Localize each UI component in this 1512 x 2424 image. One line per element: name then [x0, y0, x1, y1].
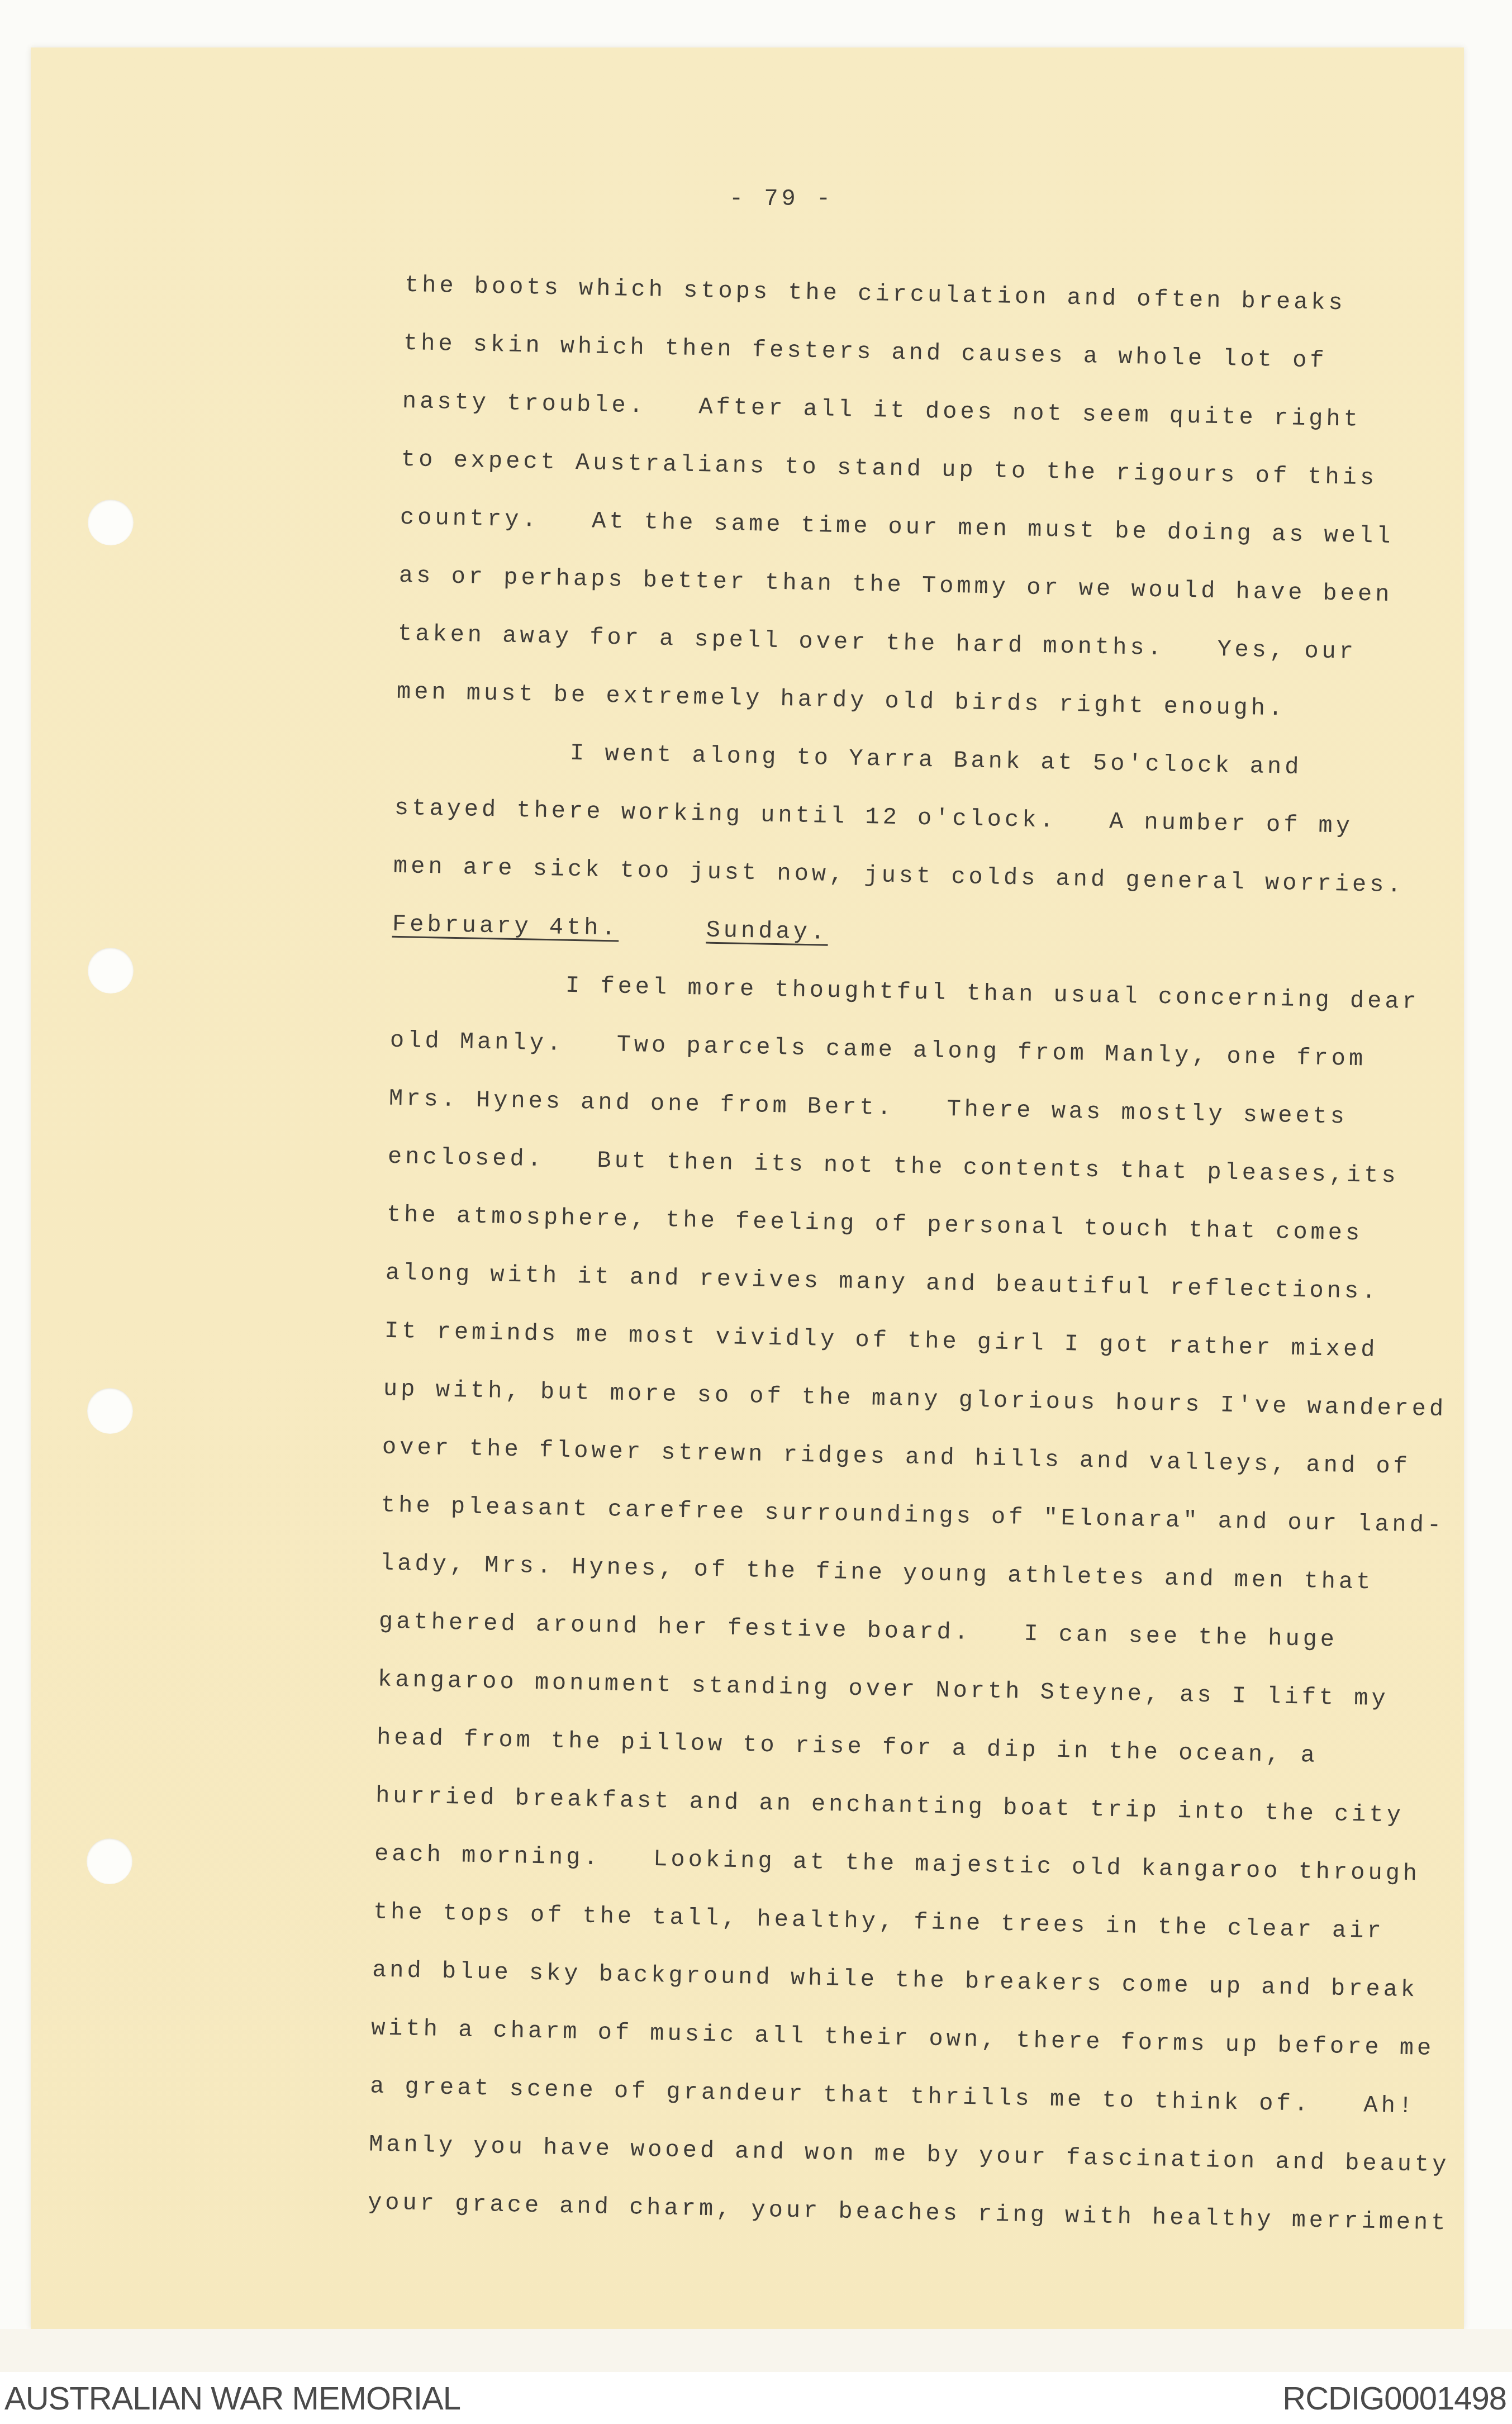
text-segment: along with it and revives many and beaut…: [386, 1259, 1380, 1305]
text-segment: taken away for a spell over the hard mon…: [398, 620, 1357, 666]
text-segment: each morning. Looking at the majestic ol…: [374, 1840, 1421, 1887]
document-id: RCDIG0001498: [1282, 2372, 1506, 2424]
page-bottom-margin: [0, 2329, 1512, 2372]
scanned-document-page: - 79 - the boots which stops the circula…: [0, 0, 1512, 2424]
underlined-text: Sunday.: [706, 917, 828, 946]
text-segment: enclosed. But then its not the contents …: [388, 1143, 1399, 1190]
underlined-text: February 4th.: [392, 911, 620, 942]
typewritten-text: the boots which stops the circulation an…: [367, 256, 1486, 2252]
text-segment: the atmosphere, the feeling of personal …: [387, 1201, 1363, 1247]
diary-page: - 79 - the boots which stops the circula…: [31, 47, 1464, 2329]
text-segment: a great scene of grandeur that thrills m…: [370, 2073, 1416, 2119]
text-segment: up with, but more so of the many gloriou…: [383, 1376, 1447, 1423]
text-segment: I feel more thoughtful than usual concer…: [391, 969, 1420, 1015]
text-segment: [619, 915, 706, 944]
text-segment: as or perhaps better than the Tommy or w…: [399, 562, 1393, 608]
text-segment: hurried breakfast and an enchanting boat…: [375, 1782, 1405, 1828]
text-segment: gathered around her festive board. I can…: [379, 1608, 1338, 1653]
text-segment: head from the pillow to rise for a dip i…: [377, 1724, 1319, 1769]
text-segment: to expect Australians to stand up to the…: [401, 446, 1378, 492]
hole-punch: [87, 1838, 132, 1884]
hole-punch: [88, 948, 134, 994]
memorial-label: AUSTRALIAN WAR MEMORIAL: [4, 2372, 460, 2424]
text-segment: nasty trouble. After all it does not see…: [402, 388, 1362, 433]
text-segment: stayed there working until 12 o'clock. A…: [394, 795, 1354, 840]
footer-bar: AUSTRALIAN WAR MEMORIAL RCDIG0001498: [0, 2372, 1512, 2424]
text-segment: I went along to Yarra Bank at 5o'clock a…: [396, 736, 1302, 781]
text-segment: old Manly. Two parcels came along from M…: [390, 1027, 1367, 1073]
text-segment: the pleasant carefree surroundings of "E…: [381, 1492, 1445, 1539]
text-segment: country. At the same time our men must b…: [400, 504, 1394, 550]
text-segment: your grace and charm, your beaches ring …: [368, 2189, 1449, 2236]
text-segment: the skin which then festers and causes a…: [403, 330, 1328, 374]
text-segment: men must be extremely hardy old birds ri…: [397, 678, 1286, 723]
text-segment: with a charm of music all their own, the…: [371, 2014, 1435, 2062]
text-segment: over the flower strewn ridges and hills …: [382, 1434, 1411, 1480]
text-segment: and blue sky background while the breake…: [372, 1956, 1419, 2003]
text-segment: men are sick too just now, just colds an…: [393, 853, 1405, 899]
hole-punch: [87, 1388, 133, 1434]
text-segment: It reminds me most vividly of the girl I…: [384, 1318, 1378, 1363]
text-segment: kangaroo monument standing over North St…: [378, 1666, 1389, 1713]
text-segment: Manly you have wooed and won me by your …: [369, 2131, 1450, 2178]
text-segment: lady, Mrs. Hynes, of the fine young athl…: [380, 1550, 1374, 1596]
hole-punch: [88, 500, 134, 545]
text-segment: Mrs. Hynes and one from Bert. There was …: [389, 1085, 1348, 1130]
page-number: - 79 -: [729, 186, 834, 212]
text-segment: the tops of the tall, healthy, fine tree…: [373, 1898, 1385, 1945]
text-segment: the boots which stops the circulation an…: [405, 272, 1347, 316]
